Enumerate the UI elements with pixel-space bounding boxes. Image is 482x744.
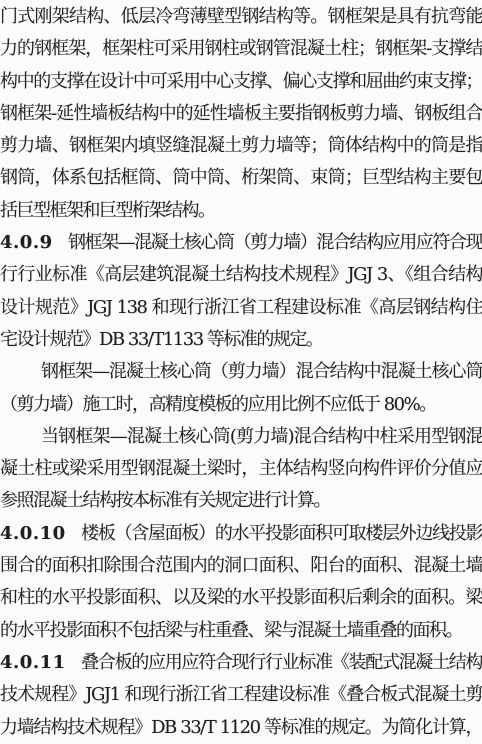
- text-line: 力墙结构技术规程》DB 33/T 1120 等标准的规定。为简化计算，: [0, 712, 482, 744]
- text-line: 剪力墙、钢框架内填竖缝混凝土剪力墙等；筒体结构中的筒是指: [0, 130, 482, 162]
- line-text: 剪力墙、钢框架内填竖缝混凝土剪力墙等；筒体结构中的筒是指: [0, 135, 482, 156]
- line-text: 力墙结构技术规程》DB 33/T 1120 等标准的规定。为简化计算，: [0, 717, 482, 738]
- clause-number: 4.0.9: [0, 232, 53, 253]
- line-text: 钢框架—混凝土核心筒（剪力墙）混合结构中混凝土核心筒: [41, 361, 482, 382]
- text-line: 行行业标准《高层建筑混凝土结构技术规程》JGJ 3、《组合结构: [0, 259, 482, 291]
- text-line: 的水平投影面积不包括梁与柱重叠、梁与混凝土墙重叠的面积。: [0, 615, 482, 647]
- line-text: 门式刚架结构、低层冷弯薄壁型钢结构等。钢框架是具有抗弯能: [0, 6, 482, 27]
- text-line: 当钢框架—混凝土核心筒(剪力墙)混合结构中柱采用型钢混: [0, 421, 482, 453]
- text-line: 构中的支撑在设计中可采用中心支撑、偏心支撑和屈曲约束支撑；: [0, 66, 482, 98]
- text-line: 钢筒，体系包括框筒、筒中筒、桁架筒、束筒；巨型结构主要包: [0, 162, 482, 194]
- line-text: 括巨型框架和巨型桁架结构。: [0, 200, 215, 221]
- line-text: 钢框架—混凝土核心筒（剪力墙）混合结构应用应符合现: [68, 232, 482, 253]
- line-text: 参照混凝土结构按本标准有关规定进行计算。: [0, 490, 330, 511]
- document-page: 门式刚架结构、低层冷弯薄壁型钢结构等。钢框架是具有抗弯能力的钢框架，框架柱可采用…: [0, 0, 482, 744]
- line-text: 构中的支撑在设计中可采用中心支撑、偏心支撑和屈曲约束支撑；: [0, 71, 482, 92]
- text-line: 4.0.9钢框架—混凝土核心筒（剪力墙）混合结构应用应符合现: [0, 227, 482, 259]
- text-line: 设计规范》JGJ 138 和现行浙江省工程建设标准《高层钢结构住: [0, 292, 482, 324]
- line-text: 的水平投影面积不包括梁与柱重叠、梁与混凝土墙重叠的面积。: [0, 620, 462, 641]
- text-line: 和柱的水平投影面积、以及梁的水平投影面积后剩余的面积。梁: [0, 582, 482, 614]
- line-text: 宅设计规范》DB 33/T1133 等标准的规定。: [0, 329, 322, 350]
- clause-number: 4.0.11: [0, 652, 66, 673]
- text-line: 门式刚架结构、低层冷弯薄壁型钢结构等。钢框架是具有抗弯能: [0, 1, 482, 33]
- text-line: 力的钢框架，框架柱可采用钢柱或钢管混凝土柱；钢框架-支撑结: [0, 33, 482, 65]
- line-text: 叠合板的应用应符合现行行业标准《装配式混凝土结构: [81, 652, 482, 673]
- text-line: 围合的面积扣除围合范围内的洞口面积、阳台的面积、混凝土墙: [0, 550, 482, 582]
- line-text: 设计规范》JGJ 138 和现行浙江省工程建设标准《高层钢结构住: [0, 297, 482, 318]
- text-line: 4.0.10楼板（含屋面板）的水平投影面积可取楼层外边线投影: [0, 518, 482, 550]
- line-text: 钢筒，体系包括框筒、筒中筒、桁架筒、束筒；巨型结构主要包: [0, 167, 482, 188]
- text-line: 凝土柱或梁采用型钢混凝土梁时，主体结构竖向构件评价分值应: [0, 453, 482, 485]
- line-text: 围合的面积扣除围合范围内的洞口面积、阳台的面积、混凝土墙: [0, 555, 482, 576]
- text-line: 宅设计规范》DB 33/T1133 等标准的规定。: [0, 324, 482, 356]
- text-line: 钢框架-延性墙板结构中的延性墙板主要指钢板剪力墙、钢板组合: [0, 98, 482, 130]
- line-text: 当钢框架—混凝土核心筒(剪力墙)混合结构中柱采用型钢混: [41, 426, 482, 447]
- line-text: 和柱的水平投影面积、以及梁的水平投影面积后剩余的面积。梁: [0, 587, 482, 608]
- text-line: 括巨型框架和巨型桁架结构。: [0, 195, 482, 227]
- line-text: 力的钢框架，框架柱可采用钢柱或钢管混凝土柱；钢框架-支撑结: [0, 38, 482, 59]
- clause-number: 4.0.10: [0, 523, 66, 544]
- text-line: 技术规程》JGJ1 和现行浙江省工程建设标准《叠合板式混凝土剪: [0, 679, 482, 711]
- line-text: 凝土柱或梁采用型钢混凝土梁时，主体结构竖向构件评价分值应: [0, 458, 482, 479]
- line-text: 技术规程》JGJ1 和现行浙江省工程建设标准《叠合板式混凝土剪: [0, 684, 482, 705]
- line-text: （剪力墙）施工时，高精度模板的应用比例不应低于 80%。: [0, 394, 436, 415]
- line-text: 钢框架-延性墙板结构中的延性墙板主要指钢板剪力墙、钢板组合: [0, 103, 482, 124]
- line-text: 行行业标准《高层建筑混凝土结构技术规程》JGJ 3、《组合结构: [0, 264, 482, 285]
- line-text: 楼板（含屋面板）的水平投影面积可取楼层外边线投影: [81, 523, 482, 544]
- text-line: 参照混凝土结构按本标准有关规定进行计算。: [0, 485, 482, 517]
- text-line: 钢框架—混凝土核心筒（剪力墙）混合结构中混凝土核心筒: [0, 356, 482, 388]
- text-line: 4.0.11叠合板的应用应符合现行行业标准《装配式混凝土结构: [0, 647, 482, 679]
- text-line: （剪力墙）施工时，高精度模板的应用比例不应低于 80%。: [0, 389, 482, 421]
